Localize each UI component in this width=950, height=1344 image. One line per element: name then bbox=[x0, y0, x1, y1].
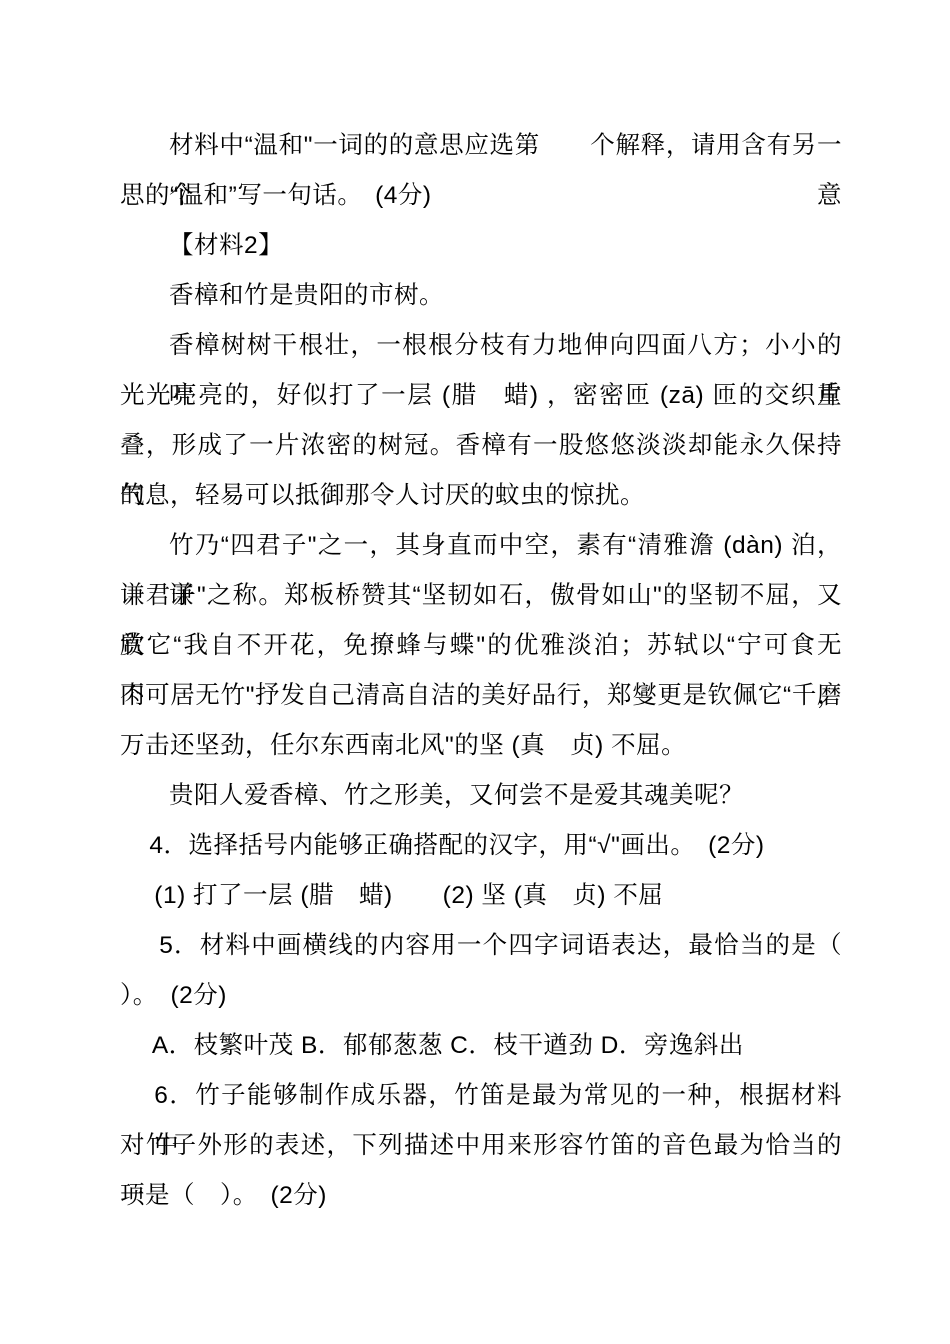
text-line: 光光亮亮的，好似打了一层 (腊 蜡) ，密密匝 (zā) 匝的交织重 bbox=[120, 371, 842, 421]
text-line: 谦君子"之称。郑板桥赞其“坚韧如石，傲骨如山"的坚韧不屈，又欣 bbox=[120, 571, 842, 621]
text-line: ）。 (2分) bbox=[120, 971, 842, 1021]
text-line: 气息，轻易可以抵御那令人讨厌的蚊虫的惊扰。 bbox=[120, 471, 842, 521]
text-line: 叠，形成了一片浓密的树冠。香樟有一股悠悠淡淡却能永久保持的 bbox=[120, 421, 842, 471]
text-line: A．枝繁叶茂 B．郁郁葱葱 C．枝干遒劲 D．旁逸斜出 bbox=[120, 1021, 842, 1071]
text-line: 5．材料中画横线的内容用一个四字词语表达，最恰当的是（ bbox=[120, 921, 842, 971]
text-line: 竹乃“四君子"之一，其身直而中空，素有“清雅澹 (dàn) 泊，谦 bbox=[120, 521, 842, 571]
text-line: (1) 打了一层 (腊 蜡) (2) 坚 (真 贞) 不屈 bbox=[120, 871, 842, 921]
text-line: 4．选择括号内能够正确搭配的汉字，用“√"画出。 (2分) bbox=[120, 821, 842, 871]
text-line: 材料中“温和"一词的的意思应选第 个解释，请用含有另一个意 bbox=[120, 121, 842, 171]
text-line: 香樟和竹是贵阳的市树。 bbox=[120, 271, 842, 321]
text-line: 项是（ ）。 (2分) bbox=[120, 1171, 842, 1221]
exam-worksheet-page: 材料中“温和"一词的的意思应选第 个解释，请用含有另一个意思的“温和”写一句话。… bbox=[0, 0, 950, 1344]
text-line: 赏它“我自不开花，免撩蜂与蝶"的优雅淡泊；苏轼以“宁可食无肉， bbox=[120, 621, 842, 671]
document-text-block: 材料中“温和"一词的的意思应选第 个解释，请用含有另一个意思的“温和”写一句话。… bbox=[120, 121, 842, 1221]
text-line: 【材料2】 bbox=[120, 221, 842, 271]
text-line: 香樟树树干根壮，一根根分枝有力地伸向四面八方；小小的叶片 bbox=[120, 321, 842, 371]
text-line: 不可居无竹"抒发自己清高自洁的美好品行，郑燮更是钦佩它“千磨 bbox=[120, 671, 842, 721]
text-line: 万击还坚劲，任尔东西南北风"的坚 (真 贞) 不屈。 bbox=[120, 721, 842, 771]
text-line: 贵阳人爱香樟、竹之形美，又何尝不是爱其魂美呢？ bbox=[120, 771, 842, 821]
text-line: 6．竹子能够制作成乐器，竹笛是最为常见的一种，根据材料中 bbox=[120, 1071, 842, 1121]
text-line: 对竹子外形的表述，下列描述中用来形容竹笛的音色最为恰当的一 bbox=[120, 1121, 842, 1171]
